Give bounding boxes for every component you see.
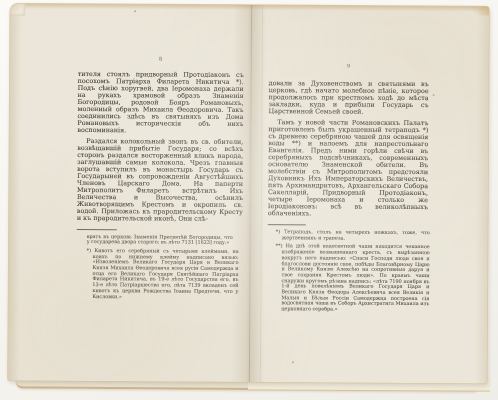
body-paragraph: Раздался колокольный звонъ въ св. обител… xyxy=(77,137,244,222)
body-paragraph: тителя стоялъ придворный Протодіаконъ съ… xyxy=(77,71,243,135)
foxing-speck xyxy=(292,361,294,363)
body-paragraph: Тамъ у новой части Романовскихъ Палатъ п… xyxy=(268,119,429,218)
left-page: 8 тителя стоялъ придворный Протодіаконъ … xyxy=(76,56,243,301)
body-paragraph: довали за Духовенствомъ и святынями въ ц… xyxy=(268,80,428,116)
page-number-left: 8 xyxy=(78,56,244,63)
gutter-shadow xyxy=(249,5,252,382)
photo-backdrop: 8 тителя стоялъ придворный Протодіаконъ … xyxy=(0,0,498,400)
footnote: **) На днѣ этой водосвятной чаши находит… xyxy=(275,245,429,314)
footnote-separator xyxy=(268,224,306,225)
page-number-right: 9 xyxy=(269,63,429,70)
footnote-continuation: вратъ въ церковь Знаменія Пресвятѣй Бого… xyxy=(87,235,233,247)
deckle-corner xyxy=(469,6,489,15)
foxing-speck xyxy=(433,94,435,96)
foxing-speck xyxy=(134,10,136,12)
book-spread: 8 тителя стоялъ придворный Протодіаконъ … xyxy=(8,4,489,384)
footnote: *) Тетраподъ, столъ на четырехъ ножкахъ,… xyxy=(276,230,430,242)
page-fold-crease xyxy=(260,5,263,382)
right-page: 9 довали за Духовенствомъ и святынями въ… xyxy=(267,63,429,314)
footnote-separator xyxy=(77,228,117,229)
deckle-corner xyxy=(10,4,25,16)
footnote: *) Кивотъ его серебряный съ четырьмя кле… xyxy=(86,249,238,301)
